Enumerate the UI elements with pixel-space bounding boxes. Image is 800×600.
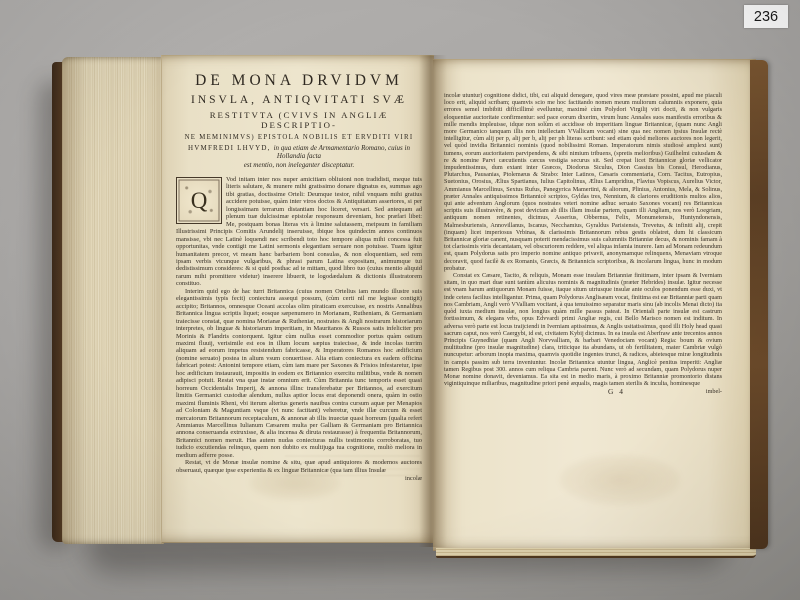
- right-page-text-block: incolæ utuntur) cognitione didici, tibi,…: [444, 92, 722, 398]
- right-paragraph-1: incolæ utuntur) cognitione didici, tibi,…: [444, 92, 722, 272]
- chapter-title: DE MONA DRVIDVM INSVLA, ANTIQVITATI SVÆ …: [176, 72, 422, 169]
- signature-row: G 4 imbel-: [444, 388, 722, 398]
- title-line-4: NE MEMINIMVS) EPISTOLA NOBILIS ET ERVDIT…: [176, 134, 422, 141]
- title-line-6: est mentio, non ineleganter disceptatur.: [176, 161, 422, 169]
- verso-show-through: [285, 450, 420, 476]
- left-page-text-block: DE MONA DRVIDVM INSVLA, ANTIQVITATI SVÆ …: [176, 72, 422, 482]
- title-line-5-italic: in qua etiam de Armamentario Romano, cui…: [274, 144, 410, 160]
- left-page-body: Q Vod initam inter nos nuper amicitiam o…: [176, 176, 422, 482]
- folio-number-label: 236: [744, 5, 788, 28]
- title-line-2: INSVLA, ANTIQVITATI SVÆ: [176, 94, 422, 106]
- signature-mark: G 4: [608, 388, 625, 395]
- gutter-shadow: [419, 55, 447, 547]
- left-paragraph-2: Interim quid ego de hac turri Britannica…: [176, 288, 422, 459]
- title-line-1: DE MONA DRVIDVM: [176, 72, 422, 90]
- title-line-5: HVMFREDI LHVYD,in qua etiam de Armamenta…: [176, 144, 422, 160]
- right-cover-edge: [750, 60, 768, 549]
- bottom-page-edges: [436, 548, 756, 558]
- title-line-3: RESTITVTA (CVIVS IN ANGLIÆ DESCRIPTIO-: [176, 110, 422, 130]
- decorated-initial: Q: [176, 177, 222, 224]
- author-name: HVMFREDI LHVYD,: [188, 144, 271, 152]
- photograph-background: DE MONA DRVIDVM INSVLA, ANTIQVITATI SVÆ …: [0, 0, 800, 600]
- page-stack-fore-edge: [62, 57, 164, 544]
- catchword-right: imbel-: [706, 388, 722, 395]
- right-paragraph-2: Constat ex Cæsare, Tacito, & reliquis, M…: [444, 272, 722, 387]
